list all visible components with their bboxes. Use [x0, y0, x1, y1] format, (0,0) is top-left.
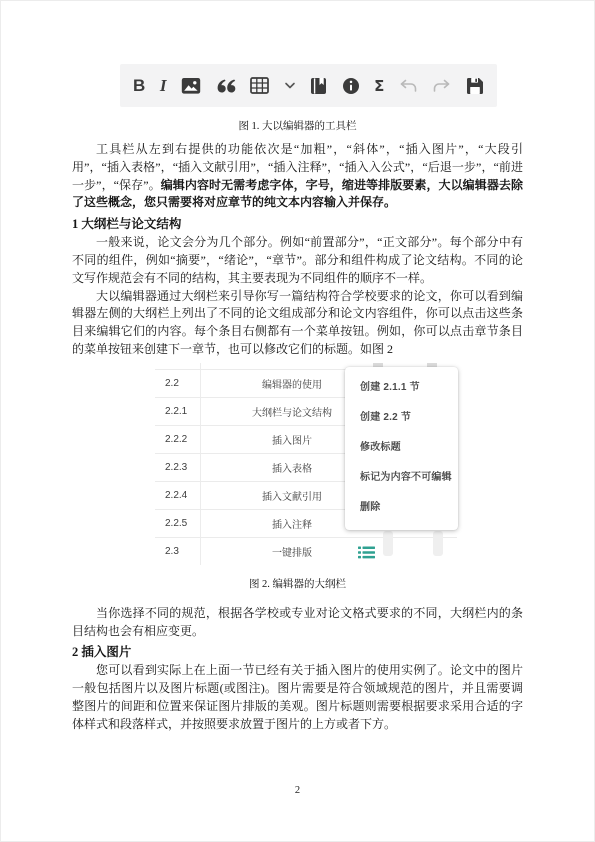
outline-row-label: 插入注释	[222, 516, 362, 531]
formula-sigma-icon[interactable]: Σ	[374, 77, 384, 95]
ui-stub	[433, 531, 443, 556]
document-page: BIΣ 图 1. 大以编辑器的工具栏 工具栏从左到右提供的功能依次是“加粗”，“…	[0, 0, 595, 842]
paragraph-outline-guide: 大以编辑器通过大纲栏来引导你写一篇结构符合学校要求的论文，你可以看到编辑器左侧的…	[72, 288, 523, 359]
insert-table-icon[interactable]	[250, 77, 269, 94]
format-list-icon[interactable]	[358, 546, 375, 559]
outline-row[interactable]: 2.3一键排版	[155, 538, 457, 565]
context-menu-item[interactable]: 创建 2.2 节	[345, 403, 458, 433]
outline-row-label: 插入文献引用	[222, 488, 362, 503]
bold-icon[interactable]: B	[133, 76, 145, 96]
redo-icon[interactable]	[432, 79, 451, 93]
insert-image-icon[interactable]	[181, 77, 201, 95]
chevron-down-icon[interactable]	[284, 82, 296, 90]
editor-toolbar: BIΣ	[120, 64, 497, 107]
italic-icon[interactable]: I	[160, 76, 167, 96]
paragraph-thesis-structure: 一般来说，论文会分为几个部分。例如“前置部分”，“正文部分”。每个部分中有不同的…	[72, 234, 523, 287]
undo-icon[interactable]	[399, 79, 418, 93]
outline-row-number: 2.2.3	[155, 462, 200, 473]
context-menu: 创建 2.1.1 节创建 2.2 节修改标题标记为内容不可编辑删除	[345, 367, 458, 530]
outline-row-number: 2.2.1	[155, 406, 200, 417]
outline-row-number: 2.3	[155, 546, 200, 557]
outline-row-number: 2.2.4	[155, 490, 200, 501]
outline-row-label: 编辑器的使用	[222, 376, 362, 391]
paragraph-spec-change: 当你选择不同的规范，根据各学校或专业对论文格式要求的不同，大纲栏内的条目结构也会…	[72, 605, 523, 641]
save-icon[interactable]	[466, 77, 484, 95]
blank-line	[0, 592, 595, 605]
outline-row-label: 插入图片	[222, 432, 362, 447]
outline-row-label: 一键排版	[222, 544, 362, 559]
outline-row-label: 插入表格	[222, 460, 362, 475]
page-number: 2	[0, 785, 595, 796]
context-menu-item[interactable]: 创建 2.1.1 节	[345, 373, 458, 403]
context-menu-item[interactable]: 删除	[345, 493, 458, 523]
figure1-caption: 图 1. 大以编辑器的工具栏	[0, 119, 595, 134]
context-menu-item[interactable]: 修改标题	[345, 433, 458, 463]
outline-row-number: 2.2.5	[155, 518, 200, 529]
figure2-caption: 图 2. 编辑器的大纲栏	[0, 577, 595, 592]
context-menu-item[interactable]: 标记为内容不可编辑	[345, 463, 458, 493]
ui-stub	[383, 531, 393, 556]
outline-row-number: 2.2	[155, 378, 200, 389]
heading-section-2: 2 插入图片	[72, 643, 523, 661]
paragraph-toolbar-functions: 工具栏从左到右提供的功能依次是“加粗”，“斜体”，“插入图片”，“大段引用”，“…	[72, 141, 523, 212]
paragraph-insert-image: 您可以看到实际上在上面一节已经有关于插入图片的使用实例了。论文中的图片一般包括图…	[72, 662, 523, 733]
heading-section-1: 1 大纲栏与论文结构	[72, 215, 523, 233]
outline-row-label: 大纲栏与论文结构	[222, 404, 362, 419]
footnote-info-icon[interactable]	[342, 77, 360, 95]
citation-book-icon[interactable]	[310, 77, 327, 95]
blockquote-icon[interactable]	[216, 79, 236, 93]
outline-row-number: 2.2.2	[155, 434, 200, 445]
figure-outline-image: 2.2编辑器的使用2.2.1大纲栏与论文结构2.2.2插入图片2.2.3插入表格…	[155, 363, 457, 565]
